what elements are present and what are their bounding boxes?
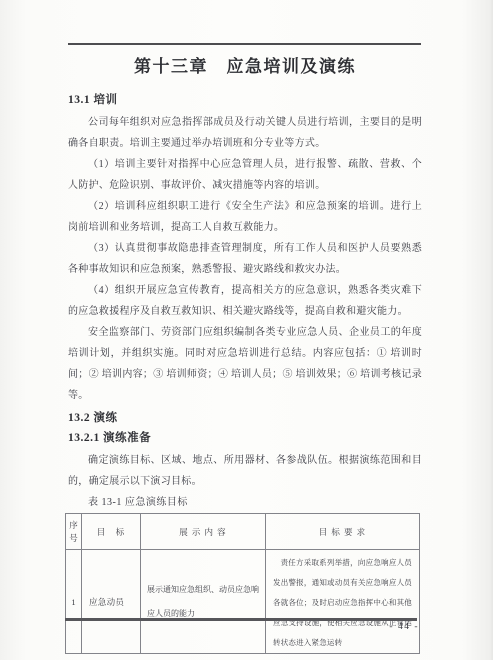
- drill-goals-table: 序 号 目 标 展 示 内 容 目 标 要 求 1 应急动员 展示通知应急组织、…: [65, 513, 420, 654]
- paragraph-training-plan: 安全监察部门、劳资部门应组织编制各类专业应急人员、企业员工的年度培训计划，并组织…: [68, 322, 422, 406]
- table-header-row: 序 号 目 标 展 示 内 容 目 标 要 求: [66, 514, 420, 550]
- col-header-requirement: 目 标 要 求: [266, 514, 420, 550]
- col-header-no: 序 号: [66, 514, 82, 550]
- header-rule: [68, 43, 421, 45]
- cell-no: 1: [66, 550, 82, 654]
- page-number: - 44 -: [389, 622, 419, 632]
- scanned-page: 第十三章 应急培训及演练 13.1 培训 公司每年组织对应急指挥部成员及行动关键…: [0, 0, 493, 660]
- paragraph-drill-prep: 确定演练目标、区域、地点、所用器材、各参战队伍。根据演练范围和目的，确定展示以下…: [68, 450, 422, 492]
- paragraph-training-item-3: （3）认真贯彻事故隐患排查管理制度，所有工作人员和医护人员要熟悉各种事故知识和应…: [68, 238, 422, 280]
- cell-requirement: 责任方采取系列举措，向应急响应人员发出警报，通知或动员有关应急响应人员各就各位；…: [266, 550, 420, 654]
- cell-content: 展示通知应急组织、动员应急响应人员的能力: [141, 550, 266, 654]
- paragraph-training-item-4: （4）组织开展应急宣传教育，提高相关方的应急意识，熟悉各类灾难下的应急救援程序及…: [68, 280, 422, 322]
- paragraph-training-item-1: （1）培训主要针对指挥中心应急管理人员，进行报警、疏散、营救、个人防护、危险识别…: [68, 154, 422, 196]
- footer-rule: [65, 618, 417, 621]
- document-body: 第十三章 应急培训及演练 13.1 培训 公司每年组织对应急指挥部成员及行动关键…: [68, 49, 422, 654]
- paragraph-training-intro: 公司每年组织对应急指挥部成员及行动关键人员进行培训，主要目的是明确各自职责。培训…: [68, 112, 422, 154]
- table-caption: 表 13-1 应急演练目标: [68, 495, 422, 510]
- col-header-goal: 目 标: [82, 514, 141, 550]
- col-header-content: 展 示 内 容: [141, 514, 266, 550]
- paragraph-training-item-2: （2）培训科应组织职工进行《安全生产法》和应急预案的培训。进行上岗前培训和业务培…: [68, 196, 422, 238]
- table-row: 1 应急动员 展示通知应急组织、动员应急响应人员的能力 责任方采取系列举措，向应…: [66, 550, 420, 654]
- cell-goal: 应急动员: [82, 550, 141, 654]
- subsection-heading-13-2-1: 13.2.1 演练准备: [68, 431, 422, 446]
- section-heading-13-2: 13.2 演练: [68, 411, 422, 426]
- chapter-title: 第十三章 应急培训及演练: [68, 49, 422, 79]
- section-heading-13-1: 13.1 培训: [68, 93, 422, 108]
